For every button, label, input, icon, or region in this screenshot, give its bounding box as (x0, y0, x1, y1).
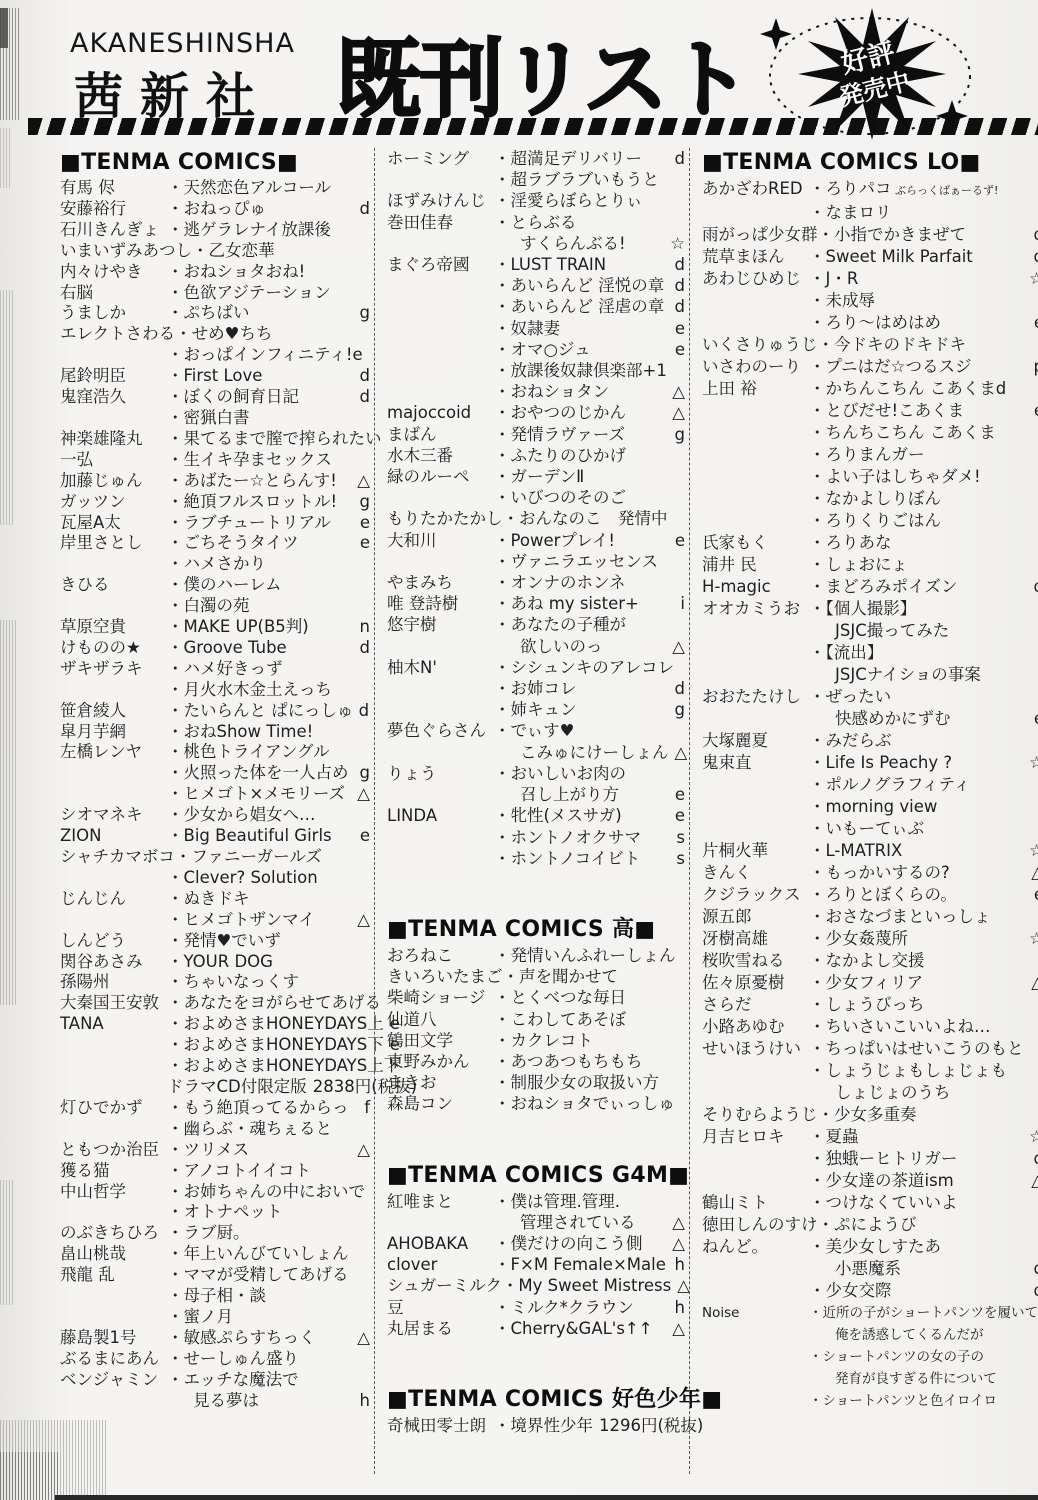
catalog-row: ・ろりまんガー (702, 444, 1038, 466)
book-title: ・Sweet Milk Parfait (809, 246, 973, 268)
catalog-row: きひる・僕のハーレム (60, 575, 374, 596)
book-title: ・オンナのホンネ (494, 572, 626, 593)
catalog-row: 発育が良すぎる件について (702, 1368, 1038, 1390)
author-name: 鬼窪浩久 (60, 387, 167, 408)
book-title: ・ヒメゴトザンマイ (167, 910, 315, 931)
book-title: ・おいしいお肉の (494, 763, 626, 784)
book-title: ・もう絶頂ってるからっ (167, 1098, 349, 1119)
catalog-row: オオカミうお・【個人撮影】 (702, 598, 1038, 620)
book-title: ・声を聞かせて (503, 966, 619, 987)
catalog-row: そりむらようじ・少女多重奏 (702, 1104, 1038, 1126)
availability-mark: i (674, 593, 689, 614)
book-title: ・でぃす♥ (494, 720, 574, 741)
availability-mark: △ (666, 402, 689, 423)
book-title: ・ハメ好きっず (167, 659, 283, 680)
catalog-row: おろねこ・発情いんふれーしょん (387, 945, 689, 966)
availability-mark: e (1028, 400, 1038, 422)
author-name: ほずみけんじ (387, 190, 494, 211)
catalog-row: 雨がっぱ少女群・小指でかきまぜてd (702, 224, 1038, 246)
author-name: 豆 (387, 1297, 494, 1318)
author-name: もりたかたかし (387, 508, 503, 529)
catalog-row: うましか・ぷちばいg (60, 303, 374, 324)
section-heading: ■TENMA COMICS G4M■ (387, 1161, 689, 1191)
book-title: ・ファニーガールズ (175, 847, 322, 868)
book-title: ・ちいさいこいいよね… (809, 1016, 991, 1038)
book-title: ・ぜったい (809, 686, 891, 708)
book-title: 俺を誘惑してくるんだが (809, 1324, 984, 1346)
book-title: ・およめさまHONEYDAYS下 (167, 1035, 384, 1056)
book-title: ・白濁の苑 (167, 596, 250, 617)
availability-mark: d (1027, 1258, 1038, 1280)
book-title: ・少女達の茶道ism (809, 1170, 954, 1192)
availability-mark: g (669, 699, 689, 720)
book-title: ・美少女しすたあ (809, 1236, 941, 1258)
halftone-pattern (0, 620, 18, 1005)
author-name: シュガーミルク (387, 1275, 502, 1296)
book-title: ・おねショタでぃっしゅ (494, 1093, 675, 1114)
catalog-row: じんじん・ぬきドキ (60, 889, 374, 910)
book-title: ・ショートパンツと色イロイロ (809, 1390, 997, 1412)
book-title: ・カクレコト (494, 1030, 593, 1051)
book-title: 見る夢は (167, 1391, 259, 1412)
author-name: オオカミうお (702, 598, 809, 620)
catalog-row: いくさりゅうじ・今ドキのドキドキ (702, 334, 1038, 356)
book-title: ・ヴァニラエッセンス (494, 551, 658, 572)
book-title: ・僕は管理.管理. (494, 1191, 620, 1212)
availability-mark: e (1028, 708, 1038, 730)
book-title: ・僕のハーレム (167, 575, 282, 596)
catalog-row: 一弘・生イキ孕まセックス (60, 450, 374, 471)
catalog-row: きんく・もっかいするの?△ (702, 862, 1038, 884)
book-title: こみゅにけーしょん (494, 742, 669, 763)
availability-mark: e (1028, 312, 1038, 334)
author-name: 緑のルーペ (387, 466, 494, 487)
catalog-row: JSJCナイショの事案 (702, 664, 1038, 686)
book-title: 欲しいのっ (494, 636, 602, 657)
catalog-row: 藤島製1号・敏感ぷらすちっく△ (60, 1328, 374, 1349)
book-title: ・まどろみポイズン (809, 576, 957, 598)
catalog-row: 上田 裕・かちんこちん こあくまd (702, 378, 1038, 400)
availability-mark: g (354, 763, 374, 784)
catalog-row: ・ポルノグラフィティ (702, 774, 1038, 796)
catalog-row: ・少女交際d (702, 1280, 1038, 1302)
book-title: ・幽らぶ・魂ちぇると (167, 1119, 332, 1140)
catalog-row: 笹倉綾人・たいらんと ぱにっしゅ d (60, 701, 374, 722)
author-name: 桜吹雪ねる (702, 950, 809, 972)
author-name: 獲る猫 (60, 1161, 167, 1182)
author-name: きいろいたまご (387, 966, 503, 987)
availability-mark: g (354, 492, 374, 513)
author-name: エレクトさわる (60, 324, 175, 345)
catalog-section: ■TENMA COMICS 好色少年■奇械田零士朗・境界性少年1296円(税抜) (387, 1385, 689, 1436)
book-title: ・ハメさかり (167, 554, 266, 575)
availability-mark: e (669, 339, 689, 360)
author-name: クジラックス (702, 884, 809, 906)
catalog-row: ・ホントノコイビトs (387, 848, 689, 869)
catalog-row: きいろいたまご・声を聞かせて (387, 966, 689, 987)
book-title: ・桃色トライアングル (167, 742, 330, 763)
halftone-pattern (0, 290, 14, 525)
catalog-row: ・ヒメゴト×メモリーズ△ (60, 784, 374, 805)
book-title: ・ふたりのひかげ (494, 445, 626, 466)
on-sale-starburst-icon: 好評 発売中 (752, 4, 984, 146)
author-name: きんく (702, 862, 809, 884)
section-heading: ■TENMA COMICS 好色少年■ (387, 1385, 689, 1415)
catalog-row: こみゅにけーしょん△ (387, 742, 689, 763)
author-name: LINDA (387, 805, 494, 826)
catalog-row: 神楽雄隆丸・果てるまで膣で搾られたい (60, 429, 374, 450)
catalog-row: ・ショートパンツの女の子の (702, 1346, 1038, 1368)
availability-mark: d (1027, 246, 1038, 268)
catalog-row: 石川きんぎょ・逃ゲラレナイ放課後 (60, 220, 374, 241)
book-title: ・MAKE UP(B5判) (167, 617, 309, 638)
availability-mark: d (669, 148, 689, 169)
author-name: 左橋レンヤ (60, 742, 167, 763)
book-title: ・少女から娼女へ… (167, 805, 316, 826)
catalog-row: すくらんぶる!☆ (387, 233, 689, 254)
author-name: おろねこ (387, 945, 494, 966)
book-title: ・ろりパコ ぶらっくばぁーるず! (809, 178, 998, 202)
availability-mark: △ (1025, 972, 1038, 994)
author-name: ザキザラキ (60, 659, 167, 680)
author-name: おおたたけし (702, 686, 809, 708)
availability-mark: g (669, 424, 689, 445)
catalog-row: 氏家もく・ろりあな (702, 532, 1038, 554)
catalog-row: りょう・おいしいお肉の (387, 763, 689, 784)
catalog-row: あかざわRED・ろりパコ ぶらっくばぁーるず! (702, 178, 1038, 202)
author-name: 鶴田文学 (387, 1030, 494, 1051)
catalog-row: ベンジャミン・エッチな魔法で (60, 1370, 374, 1391)
author-name: 氏家もく (702, 532, 809, 554)
availability-mark: △ (666, 1318, 689, 1339)
book-title: ・ぷにようび (818, 1214, 917, 1236)
book-title: ・小指でかきまぜて (818, 224, 967, 246)
catalog-row: LINDA・牝性(メスサガ)e (387, 805, 689, 826)
catalog-row: 飛龍 乱・ママが受精してあげる (60, 1265, 374, 1286)
catalog-row: 獲る猫・アノコトイイコト (60, 1161, 374, 1182)
availability-mark: d (1027, 224, 1038, 246)
availability-mark: e (1028, 884, 1038, 906)
book-title: ・Powerプレイ! (494, 530, 615, 551)
catalog-row: 月吉ヒロキ・夏蟲☆ (702, 1126, 1038, 1148)
book-title: JSJC撮ってみた (809, 620, 949, 642)
book-title: ・とらぶる (494, 212, 577, 233)
book-title: ・ごちそうタイツ (167, 533, 299, 554)
book-title: ・なかよし交援 (809, 950, 925, 972)
catalog-row: ・よい子はしちゃダメ! (702, 466, 1038, 488)
book-title: ・ろりとぼくらの。 (809, 884, 957, 906)
author-name: 柴崎ショージ (387, 987, 494, 1008)
availability-mark: ☆ (1023, 1126, 1038, 1148)
availability-mark: s (670, 848, 689, 869)
catalog-row: 灯ひでかず・もう絶頂ってるからっf (60, 1098, 374, 1119)
catalog-row: ZION・Big Beautiful Girlse (60, 826, 374, 847)
author-name: 尾鈴明臣 (60, 366, 167, 387)
author-name: 有馬 侭 (60, 178, 167, 199)
book-title: ・お姉コレ (494, 678, 577, 699)
availability-mark: e (669, 318, 689, 339)
catalog-row: まぐろ帝國・LUST TRAINd (387, 254, 689, 275)
book-title: ・【流出】 (809, 642, 883, 664)
author-name: 雨がっぱ少女群 (702, 224, 818, 246)
catalog-row: ・【流出】 (702, 642, 1038, 664)
book-title: ・あね my sister+ (494, 593, 639, 614)
catalog-row: いまいずみあつし・乙女恋華 (60, 241, 374, 262)
catalog-row: ・ろり〜はめはめe (702, 312, 1038, 334)
author-name: ぶるまにあん (60, 1349, 167, 1370)
catalog-row: ・独蛾ーヒトリガーd (702, 1148, 1038, 1170)
book-title: ・しょおにょ (809, 554, 908, 576)
book-title: ・おねっぴゅ (167, 199, 266, 220)
catalog-row: 中山哲学・お姉ちゃんの中においで (60, 1182, 374, 1203)
author-name: まばん (387, 424, 494, 445)
catalog-row: ・とびだせ!こあくまe (702, 400, 1038, 422)
halftone-pattern (0, 8, 20, 120)
book-title: ・オマ○ジュ (494, 339, 591, 360)
availability-mark: d (669, 296, 689, 317)
book-title: ・制服少女の取扱い方 (494, 1072, 659, 1093)
catalog-row: 緑のルーペ・ガーデンⅡ (387, 466, 689, 487)
author-name: 内々けやき (60, 262, 167, 283)
catalog-row: シャチカマボコ・ファニーガールズ (60, 847, 374, 868)
catalog-row: ぶるまにあん・せーしゅん盛り (60, 1349, 374, 1370)
book-title: ・放課後奴隷倶楽部+1 (494, 360, 667, 381)
availability-mark: △ (666, 636, 689, 657)
column-3: ■TENMA COMICS LO■あかざわRED・ろりパコ ぶらっくばぁーるず!… (689, 148, 1038, 1474)
book-title: ・YOUR DOG (167, 952, 273, 973)
book-title: ・発情ラヴァーズ (494, 424, 625, 445)
catalog-row: 浦井 民・しょおにょ (702, 554, 1038, 576)
catalog-row: 畠山桃哉・年上いんびていしょん (60, 1244, 374, 1265)
catalog-row: まばん・発情ラヴァーズg (387, 424, 689, 445)
book-title: ・密猟白書 (167, 408, 250, 429)
catalog-row: 鬼束直・Life Is Peachy ?☆ (702, 752, 1038, 774)
author-name: 紅唯まと (387, 1191, 494, 1212)
availability-mark: e (354, 826, 374, 847)
catalog-row: 小路あゆむ・ちいさいこいいよね… (702, 1016, 1038, 1038)
book-title: ・月火水木金土えっち (167, 680, 332, 701)
book-title: ・色欲アジテーション (167, 283, 331, 304)
author-name: 片桐火華 (702, 840, 809, 862)
book-title: 召し上がり方 (494, 784, 619, 805)
availability-mark: n (354, 617, 374, 638)
author-name: あわじひめじ (702, 268, 809, 290)
catalog-row: 皐月芋網・おねShow Time! (60, 722, 374, 743)
catalog-row: 片桐火華・L-MATRIX☆ (702, 840, 1038, 862)
catalog-row: ・なかよしりぼん (702, 488, 1038, 510)
book-title: ・なまロリ (809, 202, 892, 224)
book-title: ・ラブチュートリアル (167, 513, 331, 534)
catalog-row: clover・F×M Female×Maleh (387, 1254, 689, 1275)
availability-mark: △ (351, 1328, 374, 1349)
author-name: 悠宇樹 (387, 614, 494, 635)
book-title: ・しょうじょもしょじょも (809, 1060, 1007, 1082)
catalog-row: ・ハメさかり (60, 554, 374, 575)
availability-mark: △ (351, 471, 374, 492)
catalog-row: 左橋レンヤ・桃色トライアングル (60, 742, 374, 763)
catalog-section: ■TENMA COMICS LO■あかざわRED・ろりパコ ぶらっくばぁーるず!… (702, 148, 1038, 1412)
author-name: いくさりゅうじ (702, 334, 818, 356)
catalog-row: 見る夢はh (60, 1391, 374, 1412)
halftone-pattern (0, 1180, 13, 1305)
book-title: ・少女姦蔑所 (809, 928, 908, 950)
book-title: ・あいらんど 淫虐の章 (494, 296, 664, 317)
book-title: ドラマCD付限定版 (167, 1077, 307, 1098)
catalog-row: ・morning view (702, 796, 1038, 818)
book-title: ・天然恋色アルコール (167, 178, 331, 199)
book-title: ・姉キュン (494, 699, 577, 720)
catalog-row: まきお・制服少女の取扱い方 (387, 1072, 689, 1093)
book-title: ・淫愛らぼらとりぃ (494, 190, 643, 211)
book-title: ・境界性少年 (494, 1415, 593, 1436)
book-title: ・F×M Female×Male (494, 1254, 666, 1275)
book-title: ・近所の子がショートパンツを履いて (809, 1302, 1038, 1324)
author-name: 東野みかん (387, 1051, 494, 1072)
book-title: ・母子相・談 (167, 1286, 266, 1307)
sparkle-icon (936, 100, 968, 132)
book-title: ・ろりくりごはん (809, 510, 941, 532)
catalog-row: ・超ラブラブいもうと (387, 169, 689, 190)
author-name: 唯 登詩樹 (387, 593, 494, 614)
catalog-row: 巻田佳春・とらぶる (387, 212, 689, 233)
page-title: 既刊リスト (336, 12, 749, 134)
book-title: ・いびつのそのご (494, 487, 626, 508)
book-title: ・ろりあな (809, 532, 892, 554)
catalog-row: ・母子相・談 (60, 1286, 374, 1307)
catalog-row: 大秦国王安敦・あなたをヨがらせてあげる (60, 993, 374, 1014)
book-title: ・あばたー☆とらんす! (167, 471, 337, 492)
catalog-row: ・白濁の苑 (60, 596, 374, 617)
author-name: 神楽雄隆丸 (60, 429, 167, 450)
catalog-row: 佐々原憂樹・少女フィリア△ (702, 972, 1038, 994)
catalog-row: あわじひめじ・J・R☆ (702, 268, 1038, 290)
catalog-row: ・少女達の茶道ism△ (702, 1170, 1038, 1192)
catalog-row: もりたかたかし・おんなのこ 発情中 (387, 508, 689, 529)
book-title: ・およめさまHONEYDAYS上 (167, 1014, 384, 1035)
column-2: ホーミング・超満足デリバリーd・超ラブラブいもうとほずみけんじ・淫愛らぼらとりぃ… (374, 148, 689, 1474)
author-name: ともつか治臣 (60, 1140, 167, 1161)
availability-mark: f (358, 1098, 374, 1119)
catalog-row: ドラマCD付限定版2838円(税抜) (60, 1077, 374, 1098)
author-name: しんどう (60, 931, 167, 952)
catalog-row: AHOBAKA・僕だけの向こう側△ (387, 1233, 689, 1254)
book-title: ・あつあつもちもち (494, 1051, 643, 1072)
catalog-row: 右脳・色欲アジテーション (60, 283, 374, 304)
author-name: 源五郎 (702, 906, 809, 928)
catalog-row: 欲しいのっ△ (387, 636, 689, 657)
catalog-row: しんどう・発情♥でいず (60, 931, 374, 952)
book-title: ・ラブ厨。 (167, 1223, 250, 1244)
catalog-section: ホーミング・超満足デリバリーd・超ラブラブいもうとほずみけんじ・淫愛らぼらとりぃ… (387, 148, 689, 869)
author-name: 柚木N' (387, 657, 494, 678)
catalog-row: のぶきちひろ・ラブ厨。 (60, 1223, 374, 1244)
book-title: ・おねShow Time! (167, 722, 313, 743)
catalog-row: ねんど。・美少女しすたあ (702, 1236, 1038, 1258)
author-name: ZION (60, 826, 167, 847)
catalog-row: 大和川・Powerプレイ!e (387, 530, 689, 551)
book-title: ・奴隷妻 (494, 318, 560, 339)
section-heading: ■TENMA COMICS LO■ (702, 148, 1038, 178)
catalog-row: ・ホントノオクサマs (387, 827, 689, 848)
catalog-row: 仙道八・こわしてあそぼ (387, 1009, 689, 1030)
bottom-rule (55, 1495, 1038, 1500)
catalog-row: ともつか治臣・ツリメス△ (60, 1140, 374, 1161)
book-title: ・ろりまんガー (809, 444, 925, 466)
catalog-row: ・蜜ノ月 (60, 1307, 374, 1328)
book-title: 快感めかにずむ (809, 708, 951, 730)
book-title: ・My Sweet Mistress (502, 1275, 671, 1296)
availability-mark: d (354, 387, 374, 408)
author-name: じんじん (60, 889, 167, 910)
catalog-row: 小悪魔系d (702, 1258, 1038, 1280)
author-name: 関谷あさみ (60, 952, 167, 973)
catalog-row: 快感めかにずむe (702, 708, 1038, 730)
author-name: 飛龍 乱 (60, 1265, 167, 1286)
availability-mark: d (354, 366, 374, 387)
author-name: 灯ひでかず (60, 1098, 167, 1119)
catalog-row: 瓦屋A太・ラブチュートリアルe (60, 513, 374, 534)
catalog-page: AKANESHINSHA 茜新社 既刊リスト 好評 発売中 ■TENMA COM… (0, 0, 1038, 1500)
availability-mark: ☆ (1023, 840, 1038, 862)
book-title: ・【個人撮影】 (809, 598, 916, 620)
availability-mark: e (354, 533, 374, 554)
catalog-row: 岸里さとし・ごちそうタイツe (60, 533, 374, 554)
catalog-row: いさわのーり・プニはだ☆つるスジp (702, 356, 1038, 378)
catalog-row: せいほうけい・ちっぱいはせいこうのもと (702, 1038, 1038, 1060)
availability-mark: d (669, 254, 689, 275)
catalog-row: けものの★・Groove Tubed (60, 638, 374, 659)
book-title: ・いもーてぃぶ (809, 818, 924, 840)
catalog-row: 柚木N'・シシュンキのアレコレ (387, 657, 689, 678)
author-name: 鶴山ミト (702, 1192, 809, 1214)
author-name: きひる (60, 575, 167, 596)
book-title: ・おっぱインフィニティ!e (167, 345, 363, 366)
catalog-row: ・火照った体を一人占めg (60, 763, 374, 784)
catalog-row: ・オトナペット (60, 1202, 374, 1223)
book-title: ・絶頂フルスロットル! (167, 492, 337, 513)
author-name: 瓦屋A太 (60, 513, 167, 534)
book-title: すくらんぶる! (494, 233, 626, 254)
catalog-row: 唯 登詩樹・あね my sister+i (387, 593, 689, 614)
book-title: ・ママが受精してあげる (167, 1265, 349, 1286)
book-title: ・年上いんびていしょん (167, 1244, 349, 1265)
book-title: ・ろり〜はめはめ (809, 312, 941, 334)
catalog-row: ・密猟白書 (60, 408, 374, 429)
availability-mark: e (669, 805, 689, 826)
catalog-row: ガッツン・絶頂フルスロットル!g (60, 492, 374, 513)
catalog-row: ・ヒメゴトザンマイ△ (60, 910, 374, 931)
availability-mark: △ (1025, 862, 1038, 884)
author-name: さらだ (702, 994, 809, 1016)
availability-mark: h (669, 1254, 689, 1275)
availability-mark: △ (669, 742, 692, 763)
catalog-row: 源五郎・おさなづまといっしょ (702, 906, 1038, 928)
availability-mark: d (1027, 1148, 1038, 1170)
catalog-row: 徳田しんのすけ・ぷにようび (702, 1214, 1038, 1236)
availability-mark: △ (351, 784, 374, 805)
book-title: ・せめ♥ちち (175, 324, 272, 345)
book-title: ・あいらんど 淫悦の章 (494, 275, 664, 296)
author-name: けものの★ (60, 638, 167, 659)
book-title: ・ホントノコイビト (494, 848, 640, 869)
author-name: ホーミング (387, 148, 494, 169)
catalog-row: 関谷あさみ・YOUR DOG (60, 952, 374, 973)
halftone-pattern (0, 128, 10, 188)
book-title: ・ガーデンⅡ (494, 466, 584, 487)
catalog-row: 安藤裕行・おねっぴゅd (60, 199, 374, 220)
book-title: ・LUST TRAIN (494, 254, 606, 275)
catalog-row: 鶴山ミト・つけなくていいよ (702, 1192, 1038, 1214)
